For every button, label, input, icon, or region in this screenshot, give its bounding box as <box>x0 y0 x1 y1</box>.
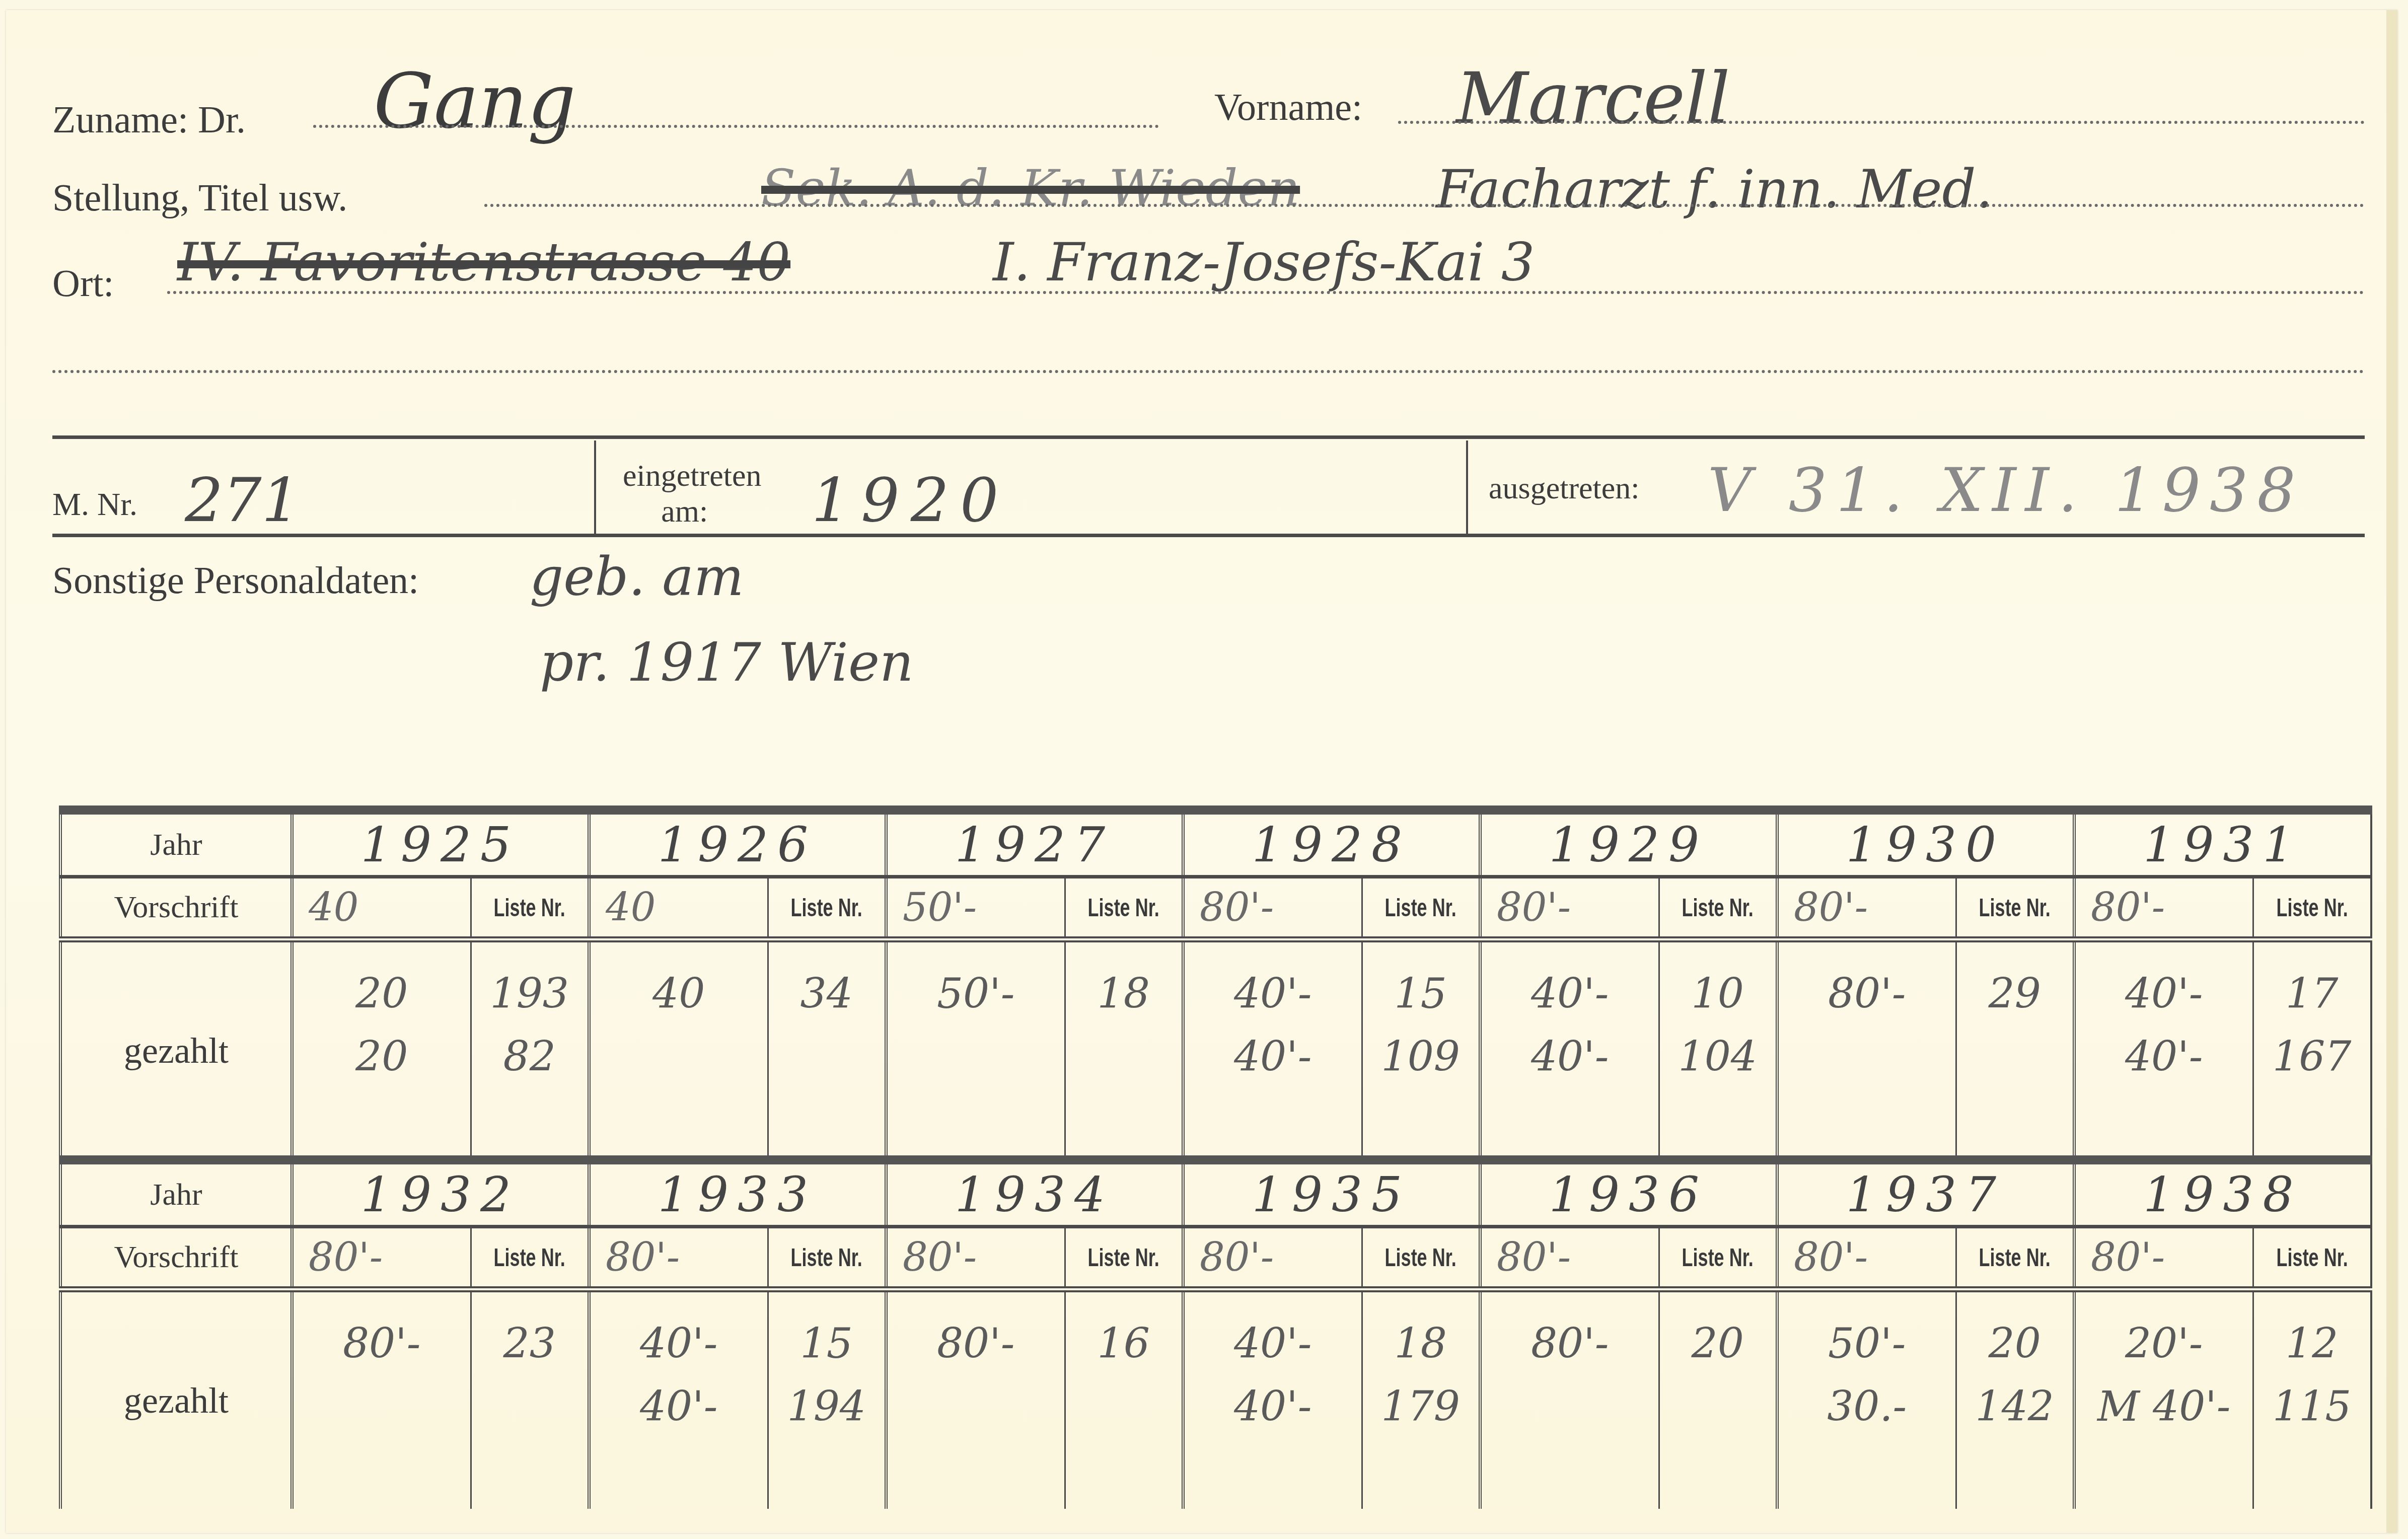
vorschrift-value: 80'- <box>1183 877 1362 940</box>
paid-amount: 40'- <box>2076 963 2252 1025</box>
mnr-value: 271 <box>185 466 300 536</box>
year-value: 1929 <box>1549 817 1708 873</box>
membership-record-card: Zuname: Dr. Gang Vorname: Marcell Stellu… <box>6 10 2397 1533</box>
liste-number-cell: 20 <box>1659 1289 1777 1509</box>
paid-amount: 50'- <box>888 963 1064 1025</box>
year-value: 1936 <box>1549 1166 1708 1223</box>
liste-header-cell: Liste Nr. <box>2253 877 2371 940</box>
eingetreten-label-line2: am: <box>608 494 761 530</box>
year-cell: 1935 <box>1183 1160 1480 1227</box>
vorschrift-value: 40 <box>292 877 471 940</box>
vorschrift-label: Vorschrift <box>114 1240 239 1274</box>
gezahlt-row: gezahlt80'-2340'-40'-1519480'-1640'-40'-… <box>60 1289 2371 1509</box>
vorschrift-value: 80'- <box>1777 877 1956 940</box>
paid-amount-cell: 80'- <box>886 1289 1065 1509</box>
vorschrift-row: Vorschrift80'-Liste Nr.80'-Liste Nr.80'-… <box>60 1227 2371 1290</box>
year-cell: 1934 <box>886 1160 1183 1227</box>
liste-number: 20 <box>1957 1312 2073 1375</box>
vorschrift-value: 80'- <box>2074 877 2253 940</box>
ausgetreten-value: V 31. XII. 1938 <box>1708 456 2305 526</box>
liste-header: Liste Nr. <box>1385 1243 1456 1272</box>
paid-amount-cell: 20'-M 40'- <box>2074 1289 2253 1509</box>
gezahlt-label-cell: gezahlt <box>60 1289 292 1509</box>
liste-header: Liste Nr. <box>2276 893 2348 922</box>
vorschrift-value: 80'- <box>2074 1227 2253 1290</box>
dues-table-1925-1931: Jahr1925192619271928192919301931Vorschri… <box>59 805 2372 1159</box>
stellung-struck-value: Sek. A. d. Kr. Wieden <box>761 159 1300 217</box>
vorschrift-value: 40 <box>589 877 768 940</box>
stellung-line <box>484 204 2365 207</box>
liste-number: 194 <box>769 1375 885 1438</box>
year-value: 1925 <box>361 817 520 873</box>
year-value: 1928 <box>1252 817 1411 873</box>
liste-header-cell: Liste Nr. <box>1362 1227 1480 1290</box>
liste-number: 179 <box>1363 1375 1479 1438</box>
paid-amount: 80'- <box>1779 963 1955 1025</box>
liste-number-cell: 18179 <box>1362 1289 1480 1509</box>
vorschrift-value: 80'- <box>1480 877 1659 940</box>
liste-header: Liste Nr. <box>1979 893 2051 922</box>
paid-amount: 40'- <box>1185 1025 1361 1088</box>
vorschrift-row: Vorschrift40Liste Nr.40Liste Nr.50'-List… <box>60 877 2371 940</box>
liste-header: Liste Nr. <box>1088 893 1159 922</box>
paid-amount: 40'- <box>1482 963 1658 1025</box>
liste-header-cell: Liste Nr. <box>768 1227 886 1290</box>
liste-number: 15 <box>1363 963 1479 1025</box>
eingetreten-label: eingetreten am: <box>623 458 761 530</box>
liste-number-cell: 15194 <box>768 1289 886 1509</box>
gezahlt-label-cell: gezahlt <box>60 939 292 1159</box>
year-cell: 1936 <box>1480 1160 1777 1227</box>
paid-amount-cell: 2020 <box>292 939 471 1159</box>
year-cell: 1931 <box>2074 810 2371 877</box>
jahr-row: Jahr1932193319341935193619371938 <box>60 1160 2371 1227</box>
year-value: 1934 <box>955 1166 1114 1223</box>
liste-header-cell: Liste Nr. <box>1065 877 1183 940</box>
liste-header: Liste Nr. <box>791 893 862 922</box>
vorschrift-label-cell: Vorschrift <box>60 1227 292 1290</box>
ort-struck-value: IV. Favoritenstrasse 40 <box>177 232 790 293</box>
paid-amount-cell: 40'-40'- <box>1183 939 1362 1159</box>
paid-amount: 40 <box>591 963 767 1025</box>
liste-number-cell: 20142 <box>1956 1289 2074 1509</box>
liste-number: 142 <box>1957 1375 2073 1438</box>
liste-header: Liste Nr. <box>2276 1243 2348 1272</box>
blank-line <box>52 370 2365 373</box>
ort-value: I. Franz-Josefs-Kai 3 <box>993 232 1535 293</box>
paid-amount: 40'- <box>591 1375 767 1438</box>
year-value: 1931 <box>2143 817 2302 873</box>
liste-header-cell: Liste Nr. <box>1956 877 2074 940</box>
paid-amount: 40'- <box>2076 1025 2252 1088</box>
year-cell: 1930 <box>1777 810 2074 877</box>
liste-number: 193 <box>472 963 588 1025</box>
paid-amount: 40'- <box>1185 963 1361 1025</box>
gezahlt-label: gezahlt <box>124 1031 229 1071</box>
paid-amount-cell: 50'- <box>886 939 1065 1159</box>
vorschrift-value: 50'- <box>886 877 1065 940</box>
year-cell: 1933 <box>589 1160 886 1227</box>
liste-number: 16 <box>1066 1312 1182 1375</box>
liste-number-cell: 29 <box>1956 939 2074 1159</box>
stellung-label: Stellung, Titel usw. <box>52 176 347 220</box>
liste-number-cell: 23 <box>471 1289 589 1509</box>
liste-header-cell: Liste Nr. <box>1659 1227 1777 1290</box>
liste-number-cell: 17167 <box>2253 939 2371 1159</box>
liste-header-cell: Liste Nr. <box>471 1227 589 1290</box>
mnr-bottom-rule <box>52 534 2365 537</box>
vorschrift-value: 80'- <box>1777 1227 1956 1290</box>
sonstige-label: Sonstige Personaldaten: <box>52 559 419 603</box>
year-value: 1935 <box>1252 1166 1411 1223</box>
liste-number-cell: 12115 <box>2253 1289 2371 1509</box>
paid-amount-cell: 40 <box>589 939 768 1159</box>
paid-amount: 40'- <box>1185 1375 1361 1438</box>
liste-header: Liste Nr. <box>494 1243 565 1272</box>
year-cell: 1927 <box>886 810 1183 877</box>
liste-number: 10 <box>1660 963 1776 1025</box>
liste-number: 82 <box>472 1025 588 1088</box>
eingetreten-label-line1: eingetreten <box>623 458 761 494</box>
liste-number-cell: 18 <box>1065 939 1183 1159</box>
liste-number: 167 <box>2254 1025 2371 1088</box>
year-cell: 1932 <box>292 1160 589 1227</box>
mnr-top-rule <box>52 435 2365 439</box>
liste-number: 17 <box>2254 963 2371 1025</box>
liste-header: Liste Nr. <box>1979 1243 2051 1272</box>
paid-amount: 40'- <box>591 1312 767 1375</box>
liste-header-cell: Liste Nr. <box>1362 877 1480 940</box>
jahr-row: Jahr1925192619271928192919301931 <box>60 810 2371 877</box>
paid-amount-cell: 40'-40'- <box>589 1289 768 1509</box>
paid-amount: 40'- <box>1482 1025 1658 1088</box>
vorname-line <box>1398 121 2365 124</box>
zuname-label: Zuname: Dr. <box>52 98 246 142</box>
jahr-label-cell: Jahr <box>60 810 292 877</box>
paid-amount: 30.- <box>1779 1375 1955 1438</box>
liste-number-cell: 15109 <box>1362 939 1480 1159</box>
liste-header: Liste Nr. <box>1682 1243 1754 1272</box>
ort-label: Ort: <box>52 262 114 306</box>
year-value: 1933 <box>658 1166 817 1223</box>
paid-amount: 80'- <box>294 1312 470 1375</box>
eingetreten-divider <box>1466 441 1468 534</box>
liste-header: Liste Nr. <box>791 1243 862 1272</box>
liste-number: 104 <box>1660 1025 1776 1088</box>
year-cell: 1938 <box>2074 1160 2371 1227</box>
dues-table-1932-1938: Jahr1932193319341935193619371938Vorschri… <box>59 1155 2372 1509</box>
paid-amount: 20 <box>294 963 470 1025</box>
paid-amount: 20'- <box>2076 1312 2252 1375</box>
mnr-label: M. Nr. <box>52 486 137 523</box>
gezahlt-label: gezahlt <box>124 1380 229 1421</box>
liste-number: 20 <box>1660 1312 1776 1375</box>
paid-amount: 50'- <box>1779 1312 1955 1375</box>
year-value: 1932 <box>361 1166 520 1223</box>
paid-amount-cell: 40'-40'- <box>1480 939 1659 1159</box>
liste-number: 29 <box>1957 963 2073 1025</box>
year-cell: 1929 <box>1480 810 1777 877</box>
vorschrift-label-cell: Vorschrift <box>60 877 292 940</box>
paid-amount-cell: 80'- <box>1777 939 1956 1159</box>
liste-number: 12 <box>2254 1312 2371 1375</box>
zuname-value: Gang <box>374 58 576 145</box>
liste-number-cell: 10104 <box>1659 939 1777 1159</box>
liste-header-cell: Liste Nr. <box>768 877 886 940</box>
liste-header-cell: Liste Nr. <box>1956 1227 2074 1290</box>
paid-amount-cell: 40'-40'- <box>2074 939 2253 1159</box>
year-value: 1930 <box>1846 817 2005 873</box>
year-cell: 1937 <box>1777 1160 2074 1227</box>
sonstige-line2: pr. 1917 Wien <box>540 632 914 693</box>
paid-amount-cell: 40'-40'- <box>1183 1289 1362 1509</box>
jahr-label-cell: Jahr <box>60 1160 292 1227</box>
sonstige-line1: geb. am <box>530 546 744 608</box>
liste-header-cell: Liste Nr. <box>1659 877 1777 940</box>
paid-amount: M 40'- <box>2076 1375 2252 1438</box>
year-value: 1938 <box>2143 1166 2302 1223</box>
liste-number: 23 <box>472 1312 588 1375</box>
card-edge <box>2386 10 2397 1533</box>
year-cell: 1928 <box>1183 810 1480 877</box>
year-value: 1926 <box>658 817 817 873</box>
liste-header: Liste Nr. <box>1088 1243 1159 1272</box>
zuname-line <box>313 125 1159 128</box>
liste-number: 18 <box>1066 963 1182 1025</box>
year-value: 1927 <box>955 817 1114 873</box>
liste-header-cell: Liste Nr. <box>2253 1227 2371 1290</box>
ausgetreten-label: ausgetreten: <box>1489 471 1640 506</box>
jahr-label: Jahr <box>150 1178 202 1212</box>
liste-number: 34 <box>769 963 885 1025</box>
paid-amount: 20 <box>294 1025 470 1088</box>
vorschrift-value: 80'- <box>1183 1227 1362 1290</box>
year-cell: 1925 <box>292 810 589 877</box>
stellung-value: Facharzt f. inn. Med. <box>1436 159 1993 220</box>
vorschrift-label: Vorschrift <box>114 890 239 924</box>
vorschrift-value: 80'- <box>589 1227 768 1290</box>
liste-header: Liste Nr. <box>1682 893 1754 922</box>
year-value: 1937 <box>1846 1166 2005 1223</box>
paid-amount-cell: 80'- <box>1480 1289 1659 1509</box>
liste-number-cell: 16 <box>1065 1289 1183 1509</box>
liste-number-cell: 34 <box>768 939 886 1159</box>
paid-amount: 80'- <box>888 1312 1064 1375</box>
paid-amount: 80'- <box>1482 1312 1658 1375</box>
liste-header-cell: Liste Nr. <box>1065 1227 1183 1290</box>
paid-amount: 40'- <box>1185 1312 1361 1375</box>
vorschrift-value: 80'- <box>1480 1227 1659 1290</box>
liste-number: 115 <box>2254 1375 2371 1438</box>
ort-line <box>167 291 2365 294</box>
liste-header: Liste Nr. <box>1385 893 1456 922</box>
vorname-label: Vorname: <box>1214 86 1362 129</box>
year-cell: 1926 <box>589 810 886 877</box>
liste-number: 109 <box>1363 1025 1479 1088</box>
vorname-value: Marcell <box>1456 58 1730 140</box>
liste-number: 18 <box>1363 1312 1479 1375</box>
jahr-label: Jahr <box>150 828 202 862</box>
paid-amount-cell: 80'- <box>292 1289 471 1509</box>
vorschrift-value: 80'- <box>292 1227 471 1290</box>
eingetreten-value: 1920 <box>812 466 1009 536</box>
liste-number: 15 <box>769 1312 885 1375</box>
vorschrift-value: 80'- <box>886 1227 1065 1290</box>
mnr-divider <box>594 441 596 534</box>
liste-header-cell: Liste Nr. <box>471 877 589 940</box>
liste-number-cell: 19382 <box>471 939 589 1159</box>
paid-amount-cell: 50'-30.- <box>1777 1289 1956 1509</box>
liste-header: Liste Nr. <box>494 893 565 922</box>
gezahlt-row: gezahlt202019382403450'-1840'-40'-151094… <box>60 939 2371 1159</box>
